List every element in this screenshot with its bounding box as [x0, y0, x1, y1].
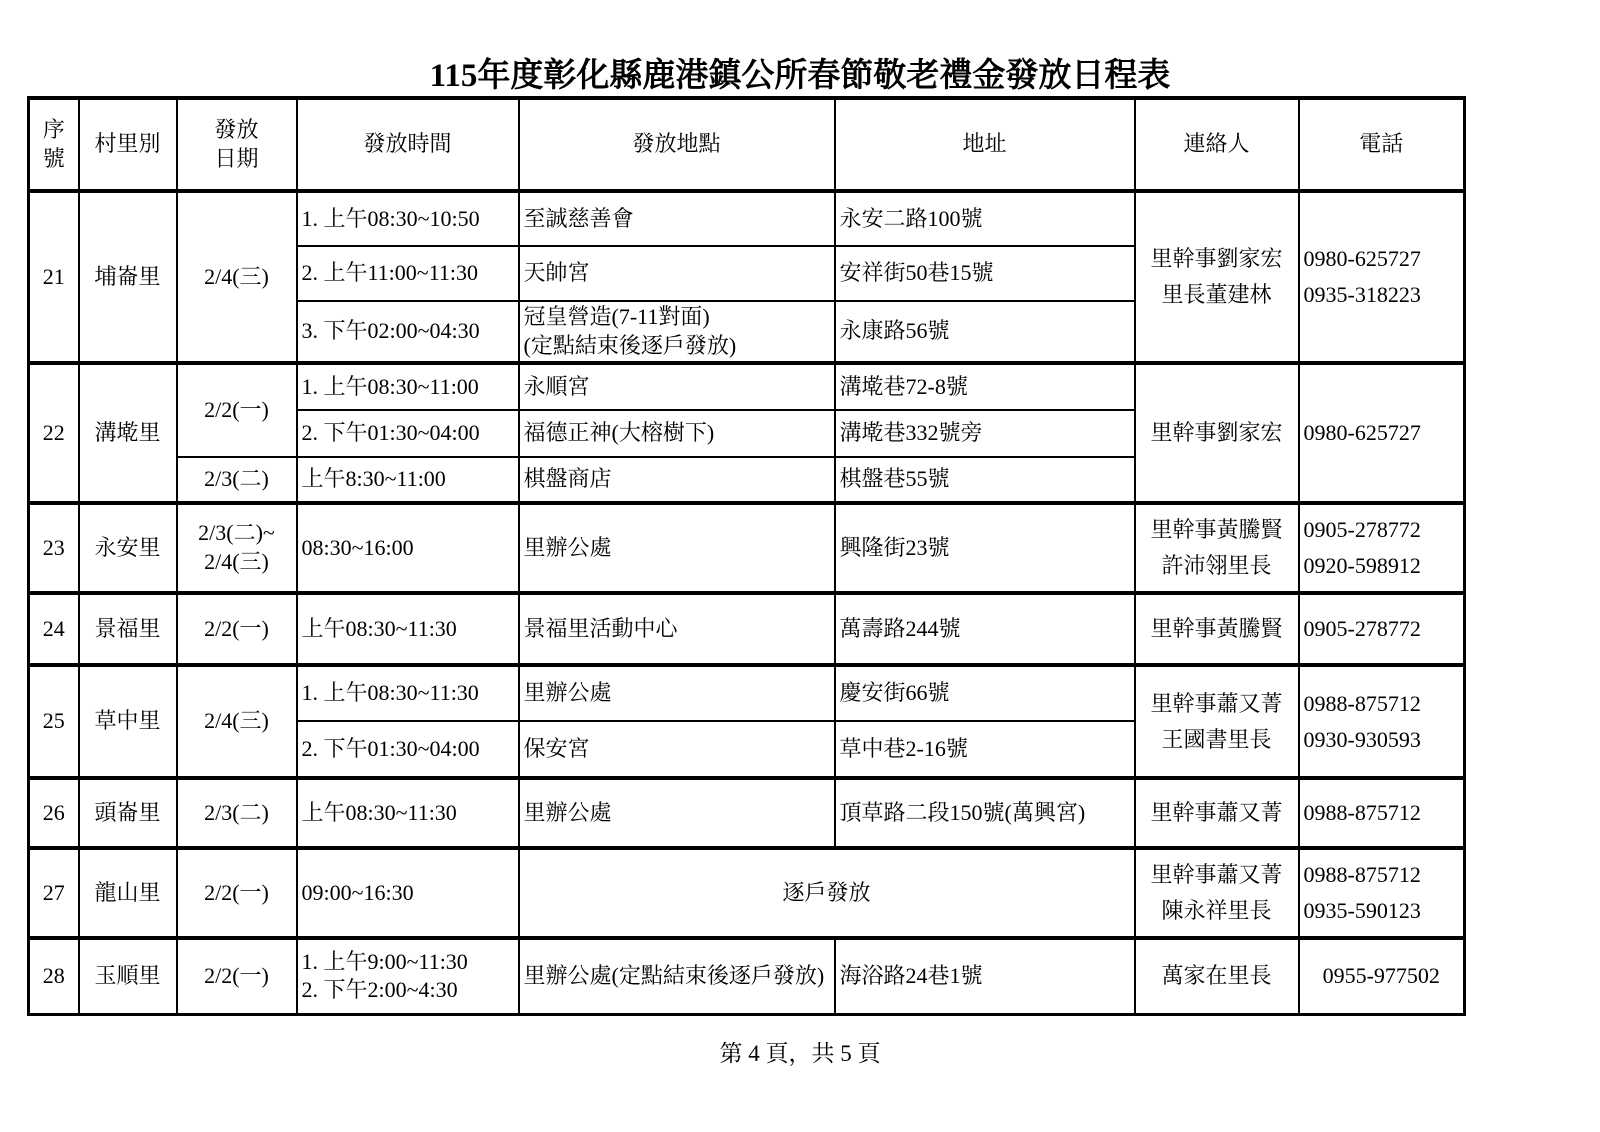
- cell-25-2-place: 保安宮: [519, 721, 835, 778]
- cell-26-place: 里辦公處: [519, 778, 835, 848]
- cell-26-address: 頂草路二段150號(萬興宮): [835, 778, 1135, 848]
- cell-27-place-address: 逐戶發放: [519, 848, 1135, 938]
- cell-22-village: 溝墘里: [79, 363, 177, 503]
- schedule-table: 序號 村里別 發放 日期 發放時間 發放地點 地址 連絡人 電話 21 埔崙里 …: [27, 96, 1466, 1016]
- cell-21-phone: 0980-625727 0935-318223: [1299, 191, 1465, 363]
- cell-24-village: 景福里: [79, 593, 177, 665]
- cell-22-date-b: 2/3(二): [177, 457, 297, 503]
- cell-21-1-address: 永安二路100號: [835, 191, 1135, 246]
- cell-27-phone: 0988-875712 0935-590123: [1299, 848, 1465, 938]
- cell-27-village: 龍山里: [79, 848, 177, 938]
- cell-24-place: 景福里活動中心: [519, 593, 835, 665]
- cell-27-contact: 里幹事蕭又菁 陳永祥里長: [1135, 848, 1299, 938]
- cell-22-1-address: 溝墘巷72-8號: [835, 363, 1135, 410]
- cell-25-contact-line1: 里幹事蕭又菁: [1140, 686, 1294, 722]
- cell-27-date: 2/2(一): [177, 848, 297, 938]
- cell-21-1-place: 至誠慈善會: [519, 191, 835, 246]
- cell-28-date: 2/2(一): [177, 938, 297, 1014]
- cell-23-date-line1: 2/3(二)~: [182, 519, 292, 548]
- cell-25-date: 2/4(三): [177, 665, 297, 778]
- cell-25-phone-line2: 0930-930593: [1304, 722, 1460, 758]
- cell-26-village: 頭崙里: [79, 778, 177, 848]
- cell-25-1-address: 慶安街66號: [835, 665, 1135, 721]
- page-title: 115年度彰化縣鹿港鎮公所春節敬老禮金發放日程表: [0, 0, 1600, 95]
- cell-24-serial: 24: [29, 593, 79, 665]
- cell-22-phone: 0980-625727: [1299, 363, 1465, 503]
- cell-21-3-place: 冠皇營造(7-11對面) (定點結束後逐戶發放): [519, 301, 835, 363]
- cell-21-2-place: 天帥宮: [519, 246, 835, 301]
- cell-28-time: 1. 上午9:00~11:30 2. 下午2:00~4:30: [297, 938, 519, 1014]
- cell-23-date-line2: 2/4(三): [182, 548, 292, 577]
- cell-25-phone-line1: 0988-875712: [1304, 686, 1460, 722]
- cell-24-phone: 0905-278772: [1299, 593, 1465, 665]
- cell-24-date: 2/2(一): [177, 593, 297, 665]
- cell-25-2-time: 2. 下午01:30~04:00: [297, 721, 519, 778]
- cell-24-time: 上午08:30~11:30: [297, 593, 519, 665]
- cell-21-contact-line1: 里幹事劉家宏: [1140, 241, 1294, 277]
- cell-22-3-place: 棋盤商店: [519, 457, 835, 503]
- cell-28-village: 玉順里: [79, 938, 177, 1014]
- cell-28-place: 里辦公處(定點結束後逐戶發放): [519, 938, 835, 1014]
- cell-25-2-address: 草中巷2-16號: [835, 721, 1135, 778]
- cell-26-serial: 26: [29, 778, 79, 848]
- cell-21-village: 埔崙里: [79, 191, 177, 363]
- cell-27-phone-line2: 0935-590123: [1304, 893, 1460, 929]
- cell-21-2-time: 2. 上午11:00~11:30: [297, 246, 519, 301]
- col-header-time: 發放時間: [297, 98, 519, 191]
- cell-22-1-place: 永順宮: [519, 363, 835, 410]
- cell-23-time: 08:30~16:00: [297, 503, 519, 593]
- cell-24-contact: 里幹事黃騰賢: [1135, 593, 1299, 665]
- col-header-date-line1: 發放: [182, 116, 292, 145]
- cell-25-contact-line2: 王國書里長: [1140, 722, 1294, 758]
- cell-23-place: 里辦公處: [519, 503, 835, 593]
- col-header-address: 地址: [835, 98, 1135, 191]
- col-header-date-line2: 日期: [182, 145, 292, 174]
- cell-22-1-time: 1. 上午08:30~11:00: [297, 363, 519, 410]
- cell-26-date: 2/3(二): [177, 778, 297, 848]
- page-number: 第 4 頁，共 5 頁: [0, 1035, 1600, 1068]
- cell-22-2-time: 2. 下午01:30~04:00: [297, 410, 519, 457]
- cell-21-serial: 21: [29, 191, 79, 363]
- cell-22-3-address: 棋盤巷55號: [835, 457, 1135, 503]
- cell-22-serial: 22: [29, 363, 79, 503]
- cell-23-date: 2/3(二)~ 2/4(三): [177, 503, 297, 593]
- cell-25-village: 草中里: [79, 665, 177, 778]
- document-page: 115年度彰化縣鹿港鎮公所春節敬老禮金發放日程表 序號 村里別 發放 日期 發放…: [0, 0, 1600, 1132]
- cell-26-phone: 0988-875712: [1299, 778, 1465, 848]
- cell-26-time: 上午08:30~11:30: [297, 778, 519, 848]
- col-header-contact: 連絡人: [1135, 98, 1299, 191]
- cell-25-contact: 里幹事蕭又菁 王國書里長: [1135, 665, 1299, 778]
- cell-21-3-place-line1: 冠皇營造(7-11對面): [524, 303, 830, 332]
- cell-25-1-time: 1. 上午08:30~11:30: [297, 665, 519, 721]
- col-header-serial: 序號: [29, 98, 79, 191]
- cell-22-2-address: 溝墘巷332號旁: [835, 410, 1135, 457]
- cell-22-contact: 里幹事劉家宏: [1135, 363, 1299, 503]
- cell-28-address: 海浴路24巷1號: [835, 938, 1135, 1014]
- cell-21-date: 2/4(三): [177, 191, 297, 363]
- cell-21-1-time: 1. 上午08:30~10:50: [297, 191, 519, 246]
- cell-21-3-address: 永康路56號: [835, 301, 1135, 363]
- cell-21-3-time: 3. 下午02:00~04:30: [297, 301, 519, 363]
- col-header-date: 發放 日期: [177, 98, 297, 191]
- cell-22-3-time: 上午8:30~11:00: [297, 457, 519, 503]
- cell-27-phone-line1: 0988-875712: [1304, 857, 1460, 893]
- cell-24-address: 萬壽路244號: [835, 593, 1135, 665]
- cell-25-serial: 25: [29, 665, 79, 778]
- cell-23-contact-line2: 許沛翎里長: [1140, 548, 1294, 584]
- cell-23-contact: 里幹事黃騰賢 許沛翎里長: [1135, 503, 1299, 593]
- col-header-phone: 電話: [1299, 98, 1465, 191]
- cell-21-contact: 里幹事劉家宏 里長董建林: [1135, 191, 1299, 363]
- col-header-place: 發放地點: [519, 98, 835, 191]
- cell-23-phone: 0905-278772 0920-598912: [1299, 503, 1465, 593]
- cell-23-phone-line1: 0905-278772: [1304, 512, 1460, 548]
- cell-28-time-line1: 1. 上午9:00~11:30: [302, 948, 514, 977]
- cell-23-address: 興隆街23號: [835, 503, 1135, 593]
- cell-21-contact-line2: 里長董建林: [1140, 277, 1294, 313]
- cell-23-village: 永安里: [79, 503, 177, 593]
- cell-21-2-address: 安祥街50巷15號: [835, 246, 1135, 301]
- cell-28-phone: 0955-977502: [1299, 938, 1465, 1014]
- cell-25-phone: 0988-875712 0930-930593: [1299, 665, 1465, 778]
- cell-23-contact-line1: 里幹事黃騰賢: [1140, 512, 1294, 548]
- cell-28-serial: 28: [29, 938, 79, 1014]
- cell-27-contact-line1: 里幹事蕭又菁: [1140, 857, 1294, 893]
- cell-27-time: 09:00~16:30: [297, 848, 519, 938]
- cell-22-date-a: 2/2(一): [177, 363, 297, 457]
- cell-27-contact-line2: 陳永祥里長: [1140, 893, 1294, 929]
- cell-26-contact: 里幹事蕭又菁: [1135, 778, 1299, 848]
- col-header-village: 村里別: [79, 98, 177, 191]
- cell-21-phone-line2: 0935-318223: [1304, 277, 1460, 313]
- cell-23-serial: 23: [29, 503, 79, 593]
- cell-27-serial: 27: [29, 848, 79, 938]
- cell-25-1-place: 里辦公處: [519, 665, 835, 721]
- cell-21-3-place-line2: (定點結束後逐戶發放): [524, 332, 830, 361]
- cell-28-contact: 萬家在里長: [1135, 938, 1299, 1014]
- cell-21-phone-line1: 0980-625727: [1304, 241, 1460, 277]
- cell-28-time-line2: 2. 下午2:00~4:30: [302, 976, 514, 1005]
- cell-22-2-place: 福德正神(大榕樹下): [519, 410, 835, 457]
- cell-23-phone-line2: 0920-598912: [1304, 548, 1460, 584]
